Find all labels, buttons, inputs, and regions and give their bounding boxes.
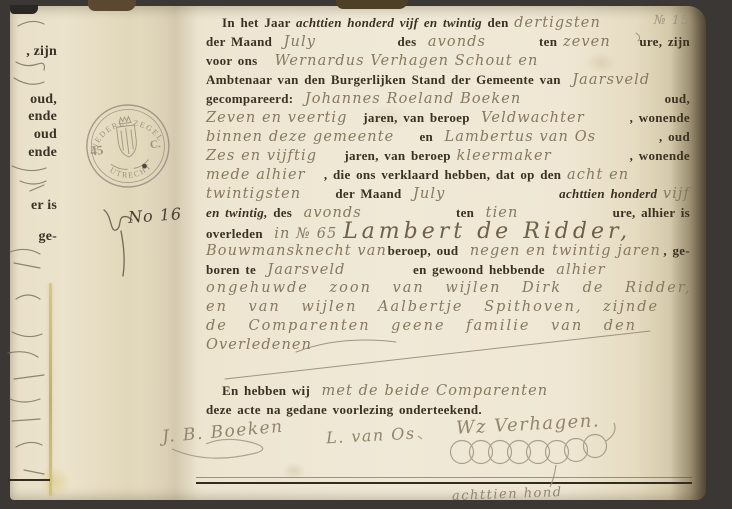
document-line: boren te Jaarsvelden gewoond hebbende al… — [206, 260, 690, 279]
printed-text: Ambtenaar van den Burgerlijken Stand der… — [206, 70, 561, 89]
handwritten-text: Veldwachter — [470, 109, 630, 128]
handwritten-text: Johannes Roeland Boeken — [293, 90, 664, 109]
handwritten-text: Jaarsveld — [561, 71, 690, 90]
printed-text: beroep, oud — [388, 241, 459, 260]
printed-text: jaren, van beroep — [363, 108, 469, 127]
stamp-denomination: 45 — [89, 142, 104, 159]
torn-paper-remnant — [10, 5, 38, 14]
printed-text: en — [419, 127, 433, 146]
printed-text: In het Jaar — [222, 13, 296, 32]
document-line: de Comparenten geene familie van den — [206, 317, 690, 336]
margin-fragment: ende — [0, 145, 57, 161]
handwritten-text: vijf — [663, 185, 690, 204]
scanned-register-page: , zijnoud,endeoudendeer isge- NEDERL: ZE… — [0, 0, 732, 509]
document-line: en van wijlen Aalbertje Spithoven, zijnd… — [206, 298, 690, 317]
printed-text: overleden — [206, 224, 263, 243]
binding-thread-end — [38, 466, 72, 498]
handwritten-text: Bouwmansknecht van — [206, 242, 388, 261]
handwritten-text: negen en twintig jaren — [458, 242, 663, 261]
printed-text: en gewoond hebbende — [413, 260, 545, 279]
margin-fragment: ge- — [0, 229, 57, 245]
handwritten-text: met de beide Comparenten — [310, 382, 690, 401]
printed-text: , ge- — [663, 241, 690, 260]
printed-text: gecompareerd: — [206, 89, 293, 108]
printed-text: der Maand — [335, 184, 401, 203]
printed-text: achttien honderd — [559, 184, 663, 203]
document-line: der Maand Julydes avondsten zevenure, zi… — [206, 32, 690, 51]
handwritten-text: № 15 — [654, 10, 690, 29]
printed-text: En hebben wij — [222, 381, 310, 400]
document-line: Zeven en veertigjaren, van beroep Veldwa… — [206, 108, 690, 127]
printed-text: en twintig, — [206, 203, 273, 222]
document-line: mede alhier, die ons verklaard hebben, d… — [206, 165, 690, 184]
handwritten-text: binnen deze gemeente — [206, 128, 419, 147]
document-line: Zes en vijftigjaren, van beroep kleermak… — [206, 146, 690, 165]
revenue-stamp: NEDERL: ZEGEL UTRECHT 45 C. — [78, 97, 178, 197]
document-line: En hebben wij met de beide Comparenten — [206, 381, 690, 400]
printed-text: jaren, van beroep — [344, 146, 450, 165]
svg-text:UTRECHT: UTRECHT — [107, 161, 154, 183]
stamp-cents: C. — [149, 138, 161, 151]
document-line: twintigstender Maand Julyachttien honder… — [206, 184, 690, 203]
printed-text: des — [273, 203, 292, 222]
handwritten-text: Overledenen — [206, 336, 312, 355]
document-line: Ambtenaar van den Burgerlijken Stand der… — [206, 70, 690, 89]
printed-text: oud, — [665, 89, 690, 108]
handwritten-text: Zes en vijftig — [206, 147, 344, 166]
margin-fragment: oud, — [0, 92, 57, 108]
document-line: Overledenen — [206, 336, 690, 355]
handwritten-text: mede alhier — [206, 166, 324, 185]
margin-fragment: ende — [0, 109, 57, 125]
margin-fragment: er is — [0, 198, 57, 214]
handwritten-text: July — [272, 33, 397, 52]
handwritten-text: de Comparenten geene familie van den — [206, 317, 637, 336]
handwritten-text: Wernardus Verhagen Schout en — [257, 52, 690, 71]
document-line: ongehuwde zoon van wijlen Dirk de Ridder… — [206, 279, 690, 298]
torn-paper-remnant — [336, 0, 408, 9]
handwritten-text: Zeven en veertig — [206, 109, 363, 128]
handwritten-text: kleermaker — [451, 147, 630, 166]
printed-text: , die ons verklaard hebben, dat op den — [324, 165, 561, 184]
printed-text: ure, zijn — [639, 32, 690, 51]
margin-fragment: , zijn — [0, 44, 57, 60]
printed-text: ten — [539, 32, 557, 51]
document-line: gecompareerd: Johannes Roeland Boekenoud… — [206, 89, 690, 108]
handwritten-text: zeven — [557, 33, 639, 52]
printed-text: des — [397, 32, 416, 51]
torn-paper-remnant — [88, 0, 136, 11]
next-act-fragment: achttien hond — [452, 485, 563, 504]
margin-fragment: oud — [0, 127, 57, 143]
separator-rule — [196, 477, 692, 484]
handwritten-text: dertigsten — [514, 14, 654, 33]
handwritten-text: acht en — [561, 166, 690, 185]
printed-text: der Maand — [206, 32, 272, 51]
handwritten-text: Lambert de Ridder, — [343, 222, 631, 241]
handwritten-text: avonds — [416, 33, 539, 52]
handwritten-text: July — [402, 185, 560, 204]
printed-text: , wonende — [630, 146, 690, 165]
document-line: Bouwmansknecht vanberoep, oud negen en t… — [206, 241, 690, 260]
document-body: In het Jaar achttien honderd vijf en twi… — [206, 13, 690, 419]
handwritten-text: twintigsten — [206, 185, 335, 204]
separator-rule-left-stub — [8, 479, 50, 481]
handwritten-text: ongehuwde zoon van wijlen Dirk de Ridder… — [206, 279, 692, 298]
printed-text: , wonende — [630, 108, 690, 127]
printed-text: voor ons — [206, 51, 257, 70]
printed-text: den — [487, 13, 514, 32]
document-line: binnen deze gemeenteen Lambertus van Os,… — [206, 127, 690, 146]
document-line: In het Jaar achttien honderd vijf en twi… — [206, 13, 690, 32]
act-number: No 16 — [127, 204, 182, 227]
printed-text: , oud — [659, 127, 690, 146]
handwritten-text: Lambertus van Os — [433, 128, 659, 147]
document-line: overleden in № 65 Lambert de Ridder, — [206, 222, 690, 241]
stamp-arc-bottom: UTRECHT — [107, 161, 154, 183]
binding-thread — [49, 283, 52, 496]
printed-text: achttien honderd vijf en twintig — [296, 13, 487, 32]
printed-text: deze acte na gedane voorlezing onderteek… — [206, 400, 482, 419]
handwritten-text: alhier — [545, 261, 690, 280]
handwritten-text: en van wijlen Aalbertje Spithoven, zijnd… — [206, 298, 659, 317]
handwritten-text: Jaarsveld — [256, 261, 413, 280]
document-line: voor ons Wernardus Verhagen Schout en — [206, 51, 690, 70]
printed-text: boren te — [206, 260, 256, 279]
